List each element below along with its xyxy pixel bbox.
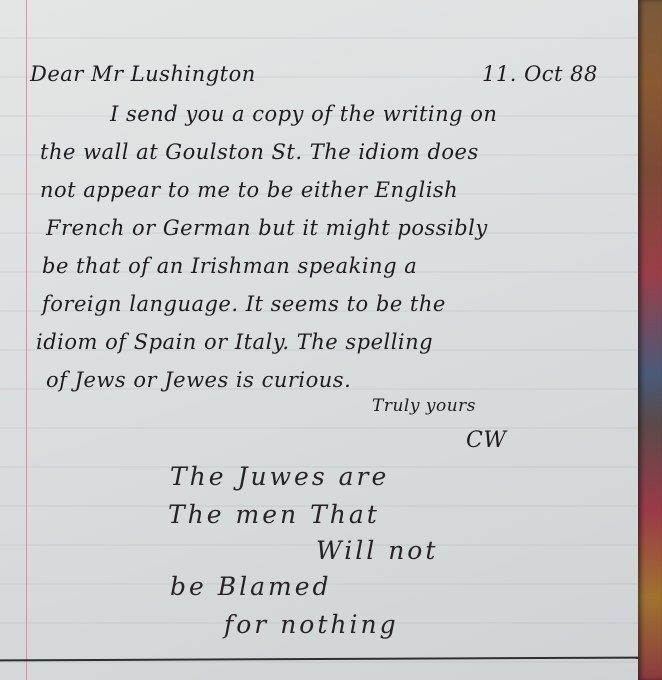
letter-line-1: I send you a copy of the writing on <box>110 102 497 126</box>
letter-line-6: foreign language. It seems to be the <box>42 292 446 316</box>
note-line-3: Will not <box>316 536 438 565</box>
bottom-rule <box>0 657 638 661</box>
salutation: Dear Mr Lushington <box>30 62 256 86</box>
letter-line-8: of Jews or Jewes is curious. <box>46 368 351 392</box>
ledger-page: Dear Mr Lushington 11. Oct 88 I send you… <box>0 0 638 680</box>
closing: Truly yours <box>372 396 476 416</box>
letter-date: 11. Oct 88 <box>482 62 598 86</box>
note-line-2: The men That <box>168 500 380 529</box>
signature: CW <box>466 428 506 453</box>
note-line-4: be Blamed <box>170 572 332 601</box>
note-line-5: for nothing <box>224 610 399 639</box>
letter-line-7: idiom of Spain or Italy. The spelling <box>36 330 433 354</box>
note-line-1: The Juwes are <box>170 462 389 491</box>
letter-line-4: French or German but it might possibly <box>46 216 488 240</box>
book-binding-edge <box>638 0 662 680</box>
letter-line-2: the wall at Goulston St. The idiom does <box>40 140 479 164</box>
margin-rule <box>26 0 27 680</box>
letter-line-5: be that of an Irishman speaking a <box>42 254 417 278</box>
letter-line-3: not appear to me to be either English <box>40 178 458 202</box>
